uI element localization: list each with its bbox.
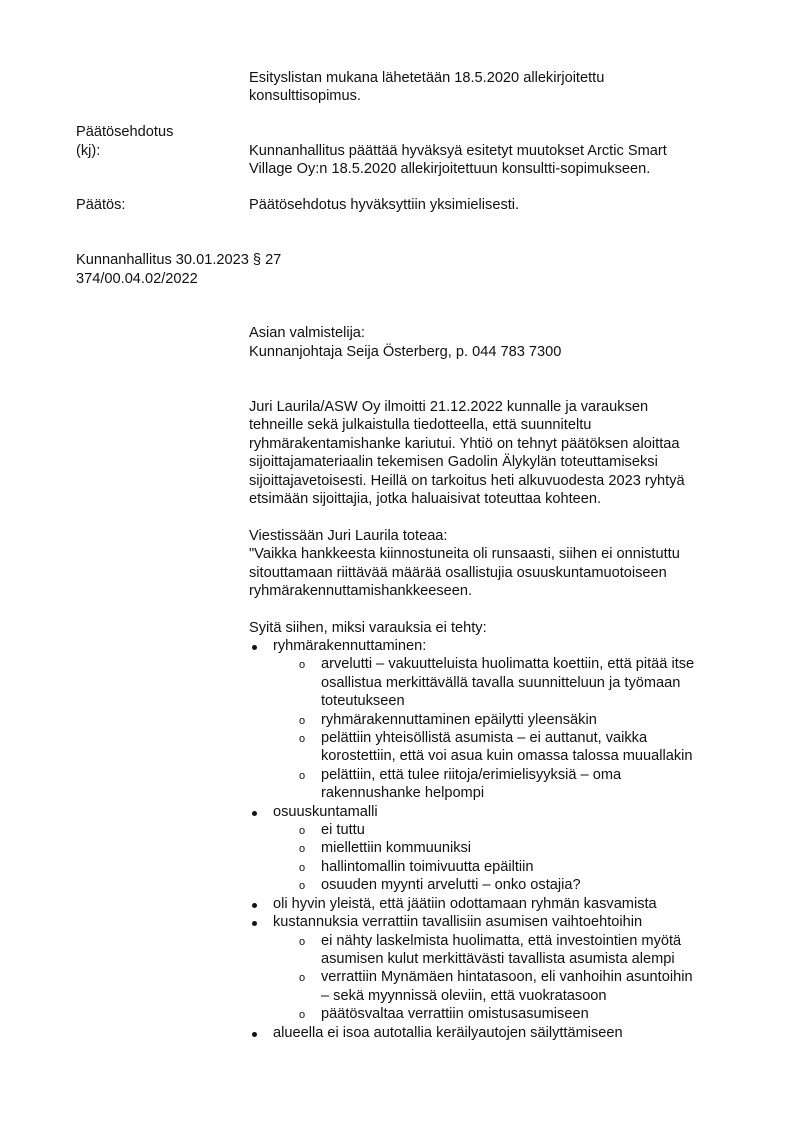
sub-list-item: oryhmärakennuttaminen epäilytti yleensäk…: [249, 711, 749, 729]
sub-list-item-text: rakennushanke helpompi: [321, 784, 749, 802]
paragraph-line: Juri Laurila/ASW Oy ilmoitti 21.12.2022 …: [249, 398, 739, 416]
sub-list-item-text: hallintomallin toimivuutta epäiltiin: [321, 858, 749, 876]
paragraph-line: sitouttamaan riittävää määrää osallistuj…: [249, 564, 739, 582]
circle-bullet-icon: o: [299, 932, 305, 952]
list-item: oli hyvin yleistä, että jäätiin odottama…: [249, 895, 749, 913]
paragraph-line: Viestissään Juri Laurila toteaa:: [249, 527, 739, 545]
circle-bullet-icon: o: [299, 821, 305, 841]
meeting-header: Kunnanhallitus 30.01.2023 § 27: [76, 251, 281, 269]
sub-list: oei nähty laskelmista huolimatta, että i…: [249, 932, 749, 1024]
circle-bullet-icon: o: [299, 876, 305, 896]
sub-list-item-text: miellettiin kommuuniksi: [321, 839, 749, 857]
paragraph-line: sijoittajavetoisesti. Heillä on tarkoitu…: [249, 472, 739, 490]
list-item-text: oli hyvin yleistä, että jäätiin odottama…: [273, 895, 749, 913]
list-item: alueella ei isoa autotallia keräilyautoj…: [249, 1024, 749, 1042]
sub-list-item-text: ei tuttu: [321, 821, 749, 839]
circle-bullet-icon: o: [299, 858, 305, 878]
paragraph-line: "Vaikka hankkeesta kiinnostuneita oli ru…: [249, 545, 739, 563]
circle-bullet-icon: o: [299, 766, 305, 786]
intro-line: konsulttisopimus.: [249, 87, 739, 105]
list-item-text: osuuskuntamalli: [273, 803, 749, 821]
decision-text: Päätösehdotus hyväksyttiin yksimielisest…: [249, 196, 519, 214]
list-item: ryhmärakennuttaminen:oarvelutti – vakuut…: [249, 637, 749, 803]
reasons-list: ryhmärakennuttaminen:oarvelutti – vakuut…: [249, 637, 749, 1042]
sub-list-item-text: toteutukseen: [321, 692, 749, 710]
paragraph-line: etsimään sijoittajia, jotka haluaisivat …: [249, 490, 739, 508]
proposal-label: Päätösehdotus: [76, 123, 173, 141]
sub-list-item-text: päätösvaltaa verrattiin omistusasumiseen: [321, 1005, 749, 1023]
sub-list-item-text: ei nähty laskelmista huolimatta, että in…: [321, 932, 749, 950]
proposal-line: Village Oy:n 18.5.2020 allekirjoitettuun…: [249, 160, 739, 178]
list-item-text: kustannuksia verrattiin tavallisiin asum…: [273, 913, 749, 931]
circle-bullet-icon: o: [299, 655, 305, 675]
sub-list-item-text: pelättiin yhteisöllistä asumista – ei au…: [321, 729, 749, 747]
preparer-label: Asian valmistelija:: [249, 324, 365, 342]
sub-list-item: opäätösvaltaa verrattiin omistusasumisee…: [249, 1005, 749, 1023]
sub-list-item-text: – sekä myynnissä oleviin, että vuokratas…: [321, 987, 749, 1005]
paragraph-line: sijoittajamateriaalin tekemisen Gadolin …: [249, 453, 739, 471]
circle-bullet-icon: o: [299, 711, 305, 731]
intro-line: Esityslistan mukana lähetetään 18.5.2020…: [249, 69, 739, 87]
proposal-text: Kunnanhallitus päättää hyväksyä esitetyt…: [249, 142, 739, 179]
sub-list-item-text: verrattiin Mynämäen hintatasoon, eli van…: [321, 968, 749, 986]
sub-list-item-text: korostettiin, että voi asua kuin omassa …: [321, 747, 749, 765]
circle-bullet-icon: o: [299, 968, 305, 988]
sub-list-item: oosuuden myynti arvelutti – onko ostajia…: [249, 876, 749, 894]
sub-list-item-text: osallistua merkittävällä tavalla suunnit…: [321, 674, 749, 692]
list-item: osuuskuntamallioei tuttuomiellettiin kom…: [249, 803, 749, 895]
sub-list-item: oei tuttu: [249, 821, 749, 839]
list-item: kustannuksia verrattiin tavallisiin asum…: [249, 913, 749, 1023]
sub-list-item: opelättiin yhteisöllistä asumista – ei a…: [249, 729, 749, 766]
paragraph-line: ryhmärakennuttamishankkeeseen.: [249, 582, 739, 600]
sub-list: oarvelutti – vakuutteluista huolimatta k…: [249, 655, 749, 802]
paragraph-line: tehneille sekä julkaistulla tiedotteella…: [249, 416, 739, 434]
proposal-line: Kunnanhallitus päättää hyväksyä esitetyt…: [249, 142, 739, 160]
paragraph-quote: Viestissään Juri Laurila toteaa: "Vaikka…: [249, 527, 739, 601]
case-number: 374/00.04.02/2022: [76, 270, 198, 288]
sub-list-item: omiellettiin kommuuniksi: [249, 839, 749, 857]
intro-paragraph: Esityslistan mukana lähetetään 18.5.2020…: [249, 69, 739, 106]
reasons-heading: Syitä siihen, miksi varauksia ei tehty:: [249, 619, 487, 637]
list-item-text: alueella ei isoa autotallia keräilyautoj…: [273, 1024, 749, 1042]
sub-list-item: oarvelutti – vakuutteluista huolimatta k…: [249, 655, 749, 710]
circle-bullet-icon: o: [299, 729, 305, 749]
sub-list-item-text: osuuden myynti arvelutti – onko ostajia?: [321, 876, 749, 894]
sub-list-item-text: pelättiin, että tulee riitoja/erimielisy…: [321, 766, 749, 784]
sub-list-item: overrattiin Mynämäen hintatasoon, eli va…: [249, 968, 749, 1005]
sub-list-item-text: ryhmärakennuttaminen epäilytti yleensäki…: [321, 711, 749, 729]
sub-list-item: oei nähty laskelmista huolimatta, että i…: [249, 932, 749, 969]
paragraph-line: ryhmärakentamishanke kariutui. Yhtiö on …: [249, 435, 739, 453]
circle-bullet-icon: o: [299, 1005, 305, 1025]
sub-list: oei tuttuomiellettiin kommuuniksiohallin…: [249, 821, 749, 895]
sub-list-item: ohallintomallin toimivuutta epäiltiin: [249, 858, 749, 876]
decision-label: Päätös:: [76, 196, 126, 214]
sub-list-item-text: asumisen kulut merkittävästi tavallista …: [321, 950, 749, 968]
preparer-name: Kunnanjohtaja Seija Österberg, p. 044 78…: [249, 343, 561, 361]
list-item-text: ryhmärakennuttaminen:: [273, 637, 749, 655]
circle-bullet-icon: o: [299, 839, 305, 859]
sub-list-item-text: arvelutti – vakuutteluista huolimatta ko…: [321, 655, 749, 673]
proposal-label-kj: (kj):: [76, 142, 100, 160]
sub-list-item: opelättiin, että tulee riitoja/erimielis…: [249, 766, 749, 803]
paragraph-announcement: Juri Laurila/ASW Oy ilmoitti 21.12.2022 …: [249, 398, 739, 508]
